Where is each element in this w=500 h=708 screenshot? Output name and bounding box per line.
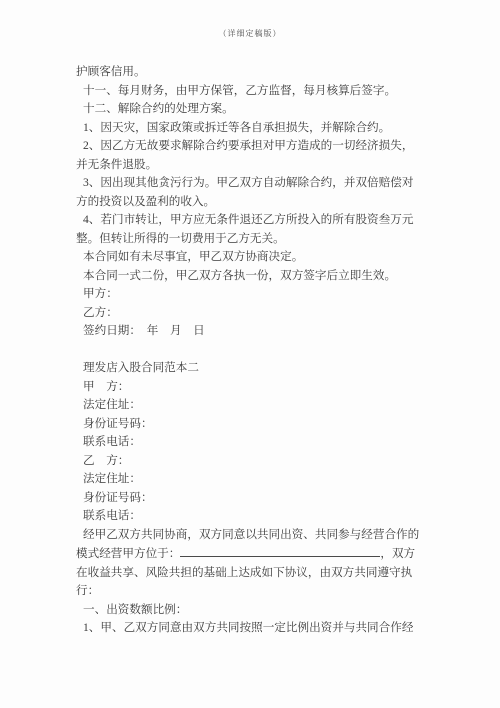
paragraph: 法定住址： xyxy=(76,470,421,489)
paragraph: 一、出资数额比例： xyxy=(76,601,421,620)
paragraph: 甲 方： xyxy=(76,378,421,397)
paragraph: 本合同一式二份，甲乙双方各执一份，双方签字后立即生效。 xyxy=(76,267,421,286)
paragraph: 4、若门市转让，甲方应无条件退还乙方所投入的所有股资叁万元整。但转让所得的一切费… xyxy=(76,211,421,248)
paragraph: 联系电话： xyxy=(76,507,421,526)
paragraph: 身份证号码： xyxy=(76,415,421,434)
paragraph: 甲方： xyxy=(76,285,421,304)
section-title: 理发店入股合同范本二 xyxy=(76,359,421,378)
paragraph: 1、因天灾，国家政策或拆迁等各自承担损失，并解除合约。 xyxy=(76,119,421,138)
paragraph: 1、甲、乙双方同意由双方共同按照一定比例出资并与共同合作经 xyxy=(76,619,421,638)
paragraph: 签约日期： 年 月 日 xyxy=(76,322,421,341)
document-page: （详细定稿版） 护顾客信用。十一、每月财务，由甲方保管，乙方监督，每月核算后签字… xyxy=(0,0,500,708)
paragraph: 护顾客信用。 xyxy=(76,63,421,82)
paragraph: 身份证号码： xyxy=(76,489,421,508)
paragraph: 经甲乙双方共同协商，双方同意以共同出资、共同参与经营合作的模式经营甲方位于：，双… xyxy=(76,526,421,601)
paragraph: 本合同如有未尽事宜，甲乙双方协商决定。 xyxy=(76,248,421,267)
header-version-note: （详细定稿版） xyxy=(0,0,500,39)
paragraph: 联系电话： xyxy=(76,433,421,452)
paragraph: 法定住址： xyxy=(76,396,421,415)
fill-in-blank-underline xyxy=(180,544,380,557)
blank-line xyxy=(76,341,421,360)
paragraph: 乙 方： xyxy=(76,452,421,471)
paragraph: 2、因乙方无故要求解除合约要承担对甲方造成的一切经济损失，并无条件退股。 xyxy=(76,137,421,174)
document-body: 护顾客信用。十一、每月财务，由甲方保管，乙方监督，每月核算后签字。十二、解除合约… xyxy=(76,63,421,638)
paragraph: 十一、每月财务，由甲方保管，乙方监督，每月核算后签字。 xyxy=(76,82,421,101)
paragraph: 十二、解除合约的处理方案。 xyxy=(76,100,421,119)
paragraph: 3、因出现其他贪污行为。甲乙双方自动解除合约，并双倍赔偿对方的投资以及盈利的收入… xyxy=(76,174,421,211)
paragraph: 乙方： xyxy=(76,304,421,323)
